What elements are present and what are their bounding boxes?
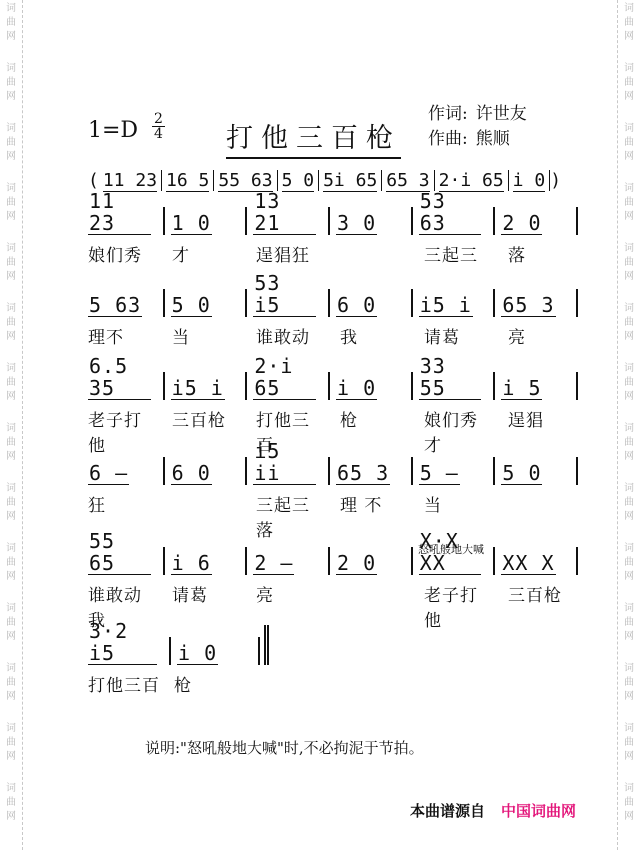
measure-notes: 11 23 [88, 190, 151, 235]
measure: 65 3 [330, 457, 413, 485]
measure: i 6 [165, 547, 248, 575]
credits: 作词:许世友 作曲:熊顺 [428, 102, 527, 152]
lyrics-row: 狂三起三落理 不当 [88, 491, 578, 541]
measure: 3 0 [330, 207, 413, 235]
measure-notes: 6 0 [336, 294, 377, 317]
lyric-text [508, 491, 578, 541]
measure-notes: i5 i [419, 294, 473, 317]
lyric-text: 当 [172, 323, 242, 348]
lyric-text: 娘们秀 [88, 241, 158, 266]
measure-notes: i 0 [177, 642, 218, 665]
lyric-text: 才 [172, 241, 242, 266]
measure-notes: 53 63 [419, 190, 482, 235]
source-credit: 本曲谱源自中国词曲网 [410, 800, 576, 821]
lyric-text: 请葛 [424, 323, 494, 348]
measure: 65 3 [495, 289, 578, 317]
performance-annotation: 怒吼般地大喊 [418, 541, 484, 557]
measure: i 0 [171, 637, 260, 665]
measure: i5 i [165, 372, 248, 400]
measure-notes: 65 3 [501, 294, 555, 317]
measure: 3·2 i5 [88, 637, 171, 665]
measure-notes: i 6 [171, 552, 212, 575]
intro-close-paren: ) [550, 170, 561, 191]
intro-notes: 5 0 [282, 170, 315, 192]
lyric-text: 娘们秀才 [424, 406, 494, 456]
measure: i 0 [330, 372, 413, 400]
lyric-text: 落 [508, 241, 578, 266]
score-line: 怒吼般地大喊55 65i 62 —2 0X·X XXXX X谁敢动我请葛亮老子打… [88, 545, 578, 631]
measure: 33 55 [413, 372, 496, 400]
measure: 2 0 [330, 547, 413, 575]
measure-notes: 6 0 [171, 462, 212, 485]
lyrics-row: 谁敢动我请葛亮老子打他三百枪 [88, 581, 578, 631]
lyric-text [340, 241, 410, 266]
notes-row: 11 231 013 213 053 632 0 [88, 205, 578, 235]
notes-row: 3·2 i5i 0 [88, 635, 578, 665]
lyric-text: 三起三 [424, 241, 494, 266]
measure: 5 0 [165, 289, 248, 317]
measure-notes: i 5 [501, 377, 542, 400]
time-signature-top: 2 [152, 112, 165, 127]
measure: XX X [495, 547, 578, 575]
sheet-music: 1=D 2 4 打他三百枪 作词:许世友 作曲:熊顺 (11 2316 555 … [0, 0, 640, 850]
score-line: 3·2 i5i 0打他三百枪 [88, 635, 578, 696]
intro-phrase: (11 2316 555 635 05i 6565 32·i 65i 0) [88, 170, 561, 191]
measure-notes: i 0 [336, 377, 377, 400]
measure-notes: 5 0 [501, 462, 542, 485]
measure: 53 63 [413, 207, 496, 235]
measure: 5 — [413, 457, 496, 485]
lyric-text: 三百枪 [508, 581, 578, 631]
lyric-text: 逞猖 [508, 406, 578, 456]
measure-notes: 65 3 [336, 462, 390, 485]
notes-row: 6.5 35i5 i2·i 65i 033 55i 5 [88, 370, 578, 400]
measure-notes: 33 55 [419, 355, 482, 400]
intro-notes: 16 5 [166, 170, 209, 192]
intro-notes: 2·i 65 [439, 170, 504, 192]
lyric-text: 老子打他 [424, 581, 494, 631]
measure-notes: i5 ii [253, 440, 316, 485]
intro-measure: 5 0 [278, 170, 320, 191]
measure: 6.5 35 [88, 372, 165, 400]
lyricist-label: 作词: [428, 104, 468, 124]
measure: 6 0 [330, 289, 413, 317]
score-line: 6 —6 0i5 ii65 35 —5 0狂三起三落理 不当 [88, 455, 578, 541]
intro-notes: i 0 [513, 170, 546, 192]
lyrics-row: 理不当谁敢动我请葛亮 [88, 323, 578, 348]
intro-measure: 65 3 [382, 170, 434, 191]
measure: 5 63 [88, 289, 165, 317]
lyric-text: 我 [340, 323, 410, 348]
source-brand: 中国词曲网 [501, 802, 576, 820]
lyric-text: 理不 [88, 323, 158, 348]
measure: i5 i [413, 289, 496, 317]
measure: 53 i5 [247, 289, 330, 317]
measure-notes: 2 0 [336, 552, 377, 575]
lyrics-row: 打他三百枪 [88, 671, 578, 696]
measure-notes: 6 — [88, 462, 129, 485]
lyric-text: 老子打他 [88, 406, 158, 456]
lyric-text: 谁敢动 [256, 323, 326, 348]
measure: 13 21 [247, 207, 330, 235]
measure: 2 0 [495, 207, 578, 235]
intro-notes: 5i 65 [323, 170, 377, 192]
composer-row: 作曲:熊顺 [428, 127, 527, 152]
lyric-text: 请葛 [172, 581, 242, 631]
lyric-text: 亮 [508, 323, 578, 348]
lyric-text [172, 491, 242, 541]
lyric-text: 亮 [256, 581, 326, 631]
measure: i 5 [495, 372, 578, 400]
song-title: 打他三百枪 [226, 116, 401, 159]
measure-notes: 3 0 [336, 212, 377, 235]
final-barline [260, 625, 269, 665]
measure-notes: 1 0 [171, 212, 212, 235]
measure: 6 0 [165, 457, 248, 485]
intro-measure: 55 63 [214, 170, 277, 191]
lyric-text: 打他三百 [88, 671, 160, 696]
lyricist-row: 作词:许世友 [428, 102, 527, 127]
measure: 11 23 [88, 207, 165, 235]
measure-notes: 3·2 i5 [88, 620, 157, 665]
lyric-text: 枪 [174, 671, 244, 696]
lyric-text: 理 不 [340, 491, 410, 541]
time-signature: 2 4 [152, 112, 165, 141]
lyric-text: 三起三落 [256, 491, 326, 541]
notes-row: 6 —6 0i5 ii65 35 —5 0 [88, 455, 578, 485]
measure-notes: 13 21 [253, 190, 316, 235]
measure-notes: 5 — [419, 462, 460, 485]
intro-measure: 5i 65 [319, 170, 382, 191]
measure-notes: 2 0 [501, 212, 542, 235]
measure-notes: 2 — [253, 552, 294, 575]
score-line: 11 231 013 213 053 632 0娘们秀才逞猖狂三起三落 [88, 205, 578, 266]
composer-label: 作曲: [428, 129, 468, 149]
measure: 5 0 [495, 457, 578, 485]
measure: 2·i 65 [247, 372, 330, 400]
lyric-text: 逞猖狂 [256, 241, 326, 266]
intro-measure: 16 5 [162, 170, 214, 191]
footnote: 说明:"怒吼般地大喊"时,不必拘泥于节拍。 [145, 737, 424, 758]
measure-notes: 53 i5 [253, 272, 316, 317]
measure: 2 — [247, 547, 330, 575]
lyricist-name: 许世友 [476, 104, 527, 124]
measure: 1 0 [165, 207, 248, 235]
lyric-text [340, 581, 410, 631]
measure: i5 ii [247, 457, 330, 485]
composer-name: 熊顺 [476, 129, 510, 149]
measure-notes: XX X [501, 552, 555, 575]
measure-notes: 5 63 [88, 294, 142, 317]
notes-row: 55 65i 62 —2 0X·X XXXX X [88, 545, 578, 575]
measure-notes: i5 i [171, 377, 225, 400]
measure-notes: 55 65 [88, 530, 151, 575]
score-line: 5 635 053 i56 0i5 i65 3理不当谁敢动我请葛亮 [88, 287, 578, 348]
measure: 6 — [88, 457, 165, 485]
lyrics-row: 娘们秀才逞猖狂三起三落 [88, 241, 578, 266]
measure-notes: 2·i 65 [253, 355, 316, 400]
intro-measure: i 0 [509, 170, 551, 191]
key-signature: 1=D [88, 118, 138, 143]
lyric-text: 枪 [340, 406, 410, 456]
source-label: 本曲谱源自 [410, 802, 485, 820]
measure: 55 65 [88, 547, 165, 575]
intro-measure: 11 23 [99, 170, 162, 191]
measure-notes: 5 0 [171, 294, 212, 317]
lyric-text: 三百枪 [172, 406, 242, 456]
notes-row: 5 635 053 i56 0i5 i65 3 [88, 287, 578, 317]
lyrics-row: 老子打他三百枪打他三百枪娘们秀才逞猖 [88, 406, 578, 456]
measure-notes: 6.5 35 [88, 355, 151, 400]
score-line: 6.5 35i5 i2·i 65i 033 55i 5老子打他三百枪打他三百枪娘… [88, 370, 578, 456]
intro-measure: 2·i 65 [435, 170, 509, 191]
intro-open-paren: ( [88, 170, 99, 191]
time-signature-bottom: 4 [154, 126, 163, 142]
